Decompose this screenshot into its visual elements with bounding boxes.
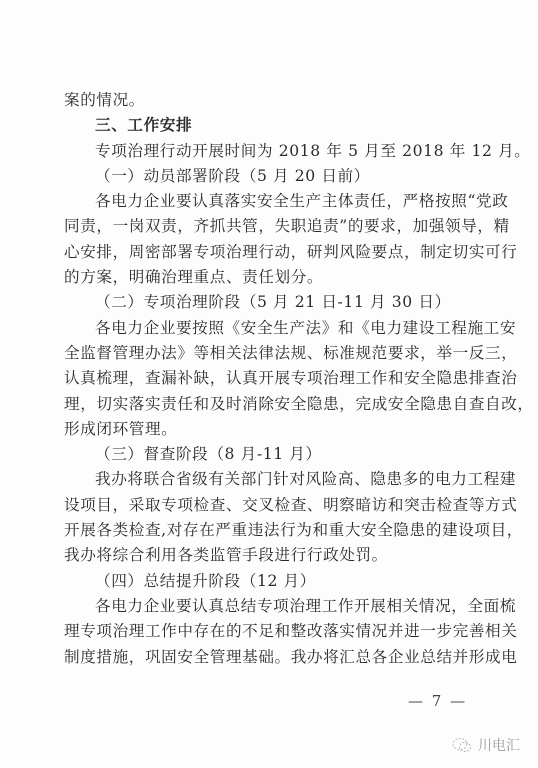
text-line: 我办将联合省级有关部门针对风险高、隐患多的电力工程建 <box>64 467 464 492</box>
watermark-label: 川电汇 <box>478 735 520 755</box>
document-page: 案的情况。三、工作安排专项治理行动开展时间为 2018 年 5 月至 2018 … <box>0 0 538 768</box>
text-line: 理，切实落实责任和及时消除安全隐患，完成安全隐患自查自改， <box>64 392 464 417</box>
text-line: 各电力企业要认真总结专项治理工作开展相关情况，全面梳 <box>64 594 464 619</box>
text-line: 认真梳理，查漏补缺，认真开展专项治理工作和安全隐患排查治 <box>64 366 464 391</box>
text-line: 形成闭环管理。 <box>64 417 464 442</box>
text-line: （三）督查阶段（8 月-11 月） <box>64 442 464 467</box>
text-line: 设项目，采取专项检查、交叉检查、明察暗访和突击检查等方式 <box>64 493 464 518</box>
document-body: 案的情况。三、工作安排专项治理行动开展时间为 2018 年 5 月至 2018 … <box>64 88 464 670</box>
text-line: 我办将综合利用各类监管手段进行行政处罚。 <box>64 543 464 568</box>
text-line: 的方案，明确治理重点、责任划分。 <box>64 265 464 290</box>
page-number: — 7 — <box>408 692 467 710</box>
text-line: （四）总结提升阶段（12 月） <box>64 569 464 594</box>
wechat-icon <box>452 737 472 753</box>
text-line: 各电力企业要按照《安全生产法》和《电力建设工程施工安 <box>64 316 464 341</box>
section-heading: 三、工作安排 <box>64 113 464 138</box>
text-line: 开展各类检查,对存在严重违法行为和重大安全隐患的建设项目， <box>64 518 464 543</box>
text-line: 案的情况。 <box>64 88 464 113</box>
text-line: 专项治理行动开展时间为 2018 年 5 月至 2018 年 12 月。 <box>64 139 464 164</box>
text-line: 心安排，周密部署专项治理行动，研判风险要点，制定切实可行 <box>64 240 464 265</box>
text-line: 理专项治理工作中存在的不足和整改落实情况并进一步完善相关 <box>64 619 464 644</box>
text-line: 同责，一岗双责，齐抓共管，失职追责”的要求，加强领导，精 <box>64 214 464 239</box>
text-line: 各电力企业要认真落实安全生产主体责任，严格按照“党政 <box>64 189 464 214</box>
watermark: 川电汇 <box>452 734 520 756</box>
text-line: （一）动员部署阶段（5 月 20 日前） <box>64 164 464 189</box>
text-line: 制度措施，巩固安全管理基础。我办将汇总各企业总结并形成电 <box>64 645 464 670</box>
text-line: 全监督管理办法》等相关法律法规、标准规范要求，举一反三， <box>64 341 464 366</box>
text-line: （二）专项治理阶段（5 月 21 日-11 月 30 日） <box>64 290 464 315</box>
